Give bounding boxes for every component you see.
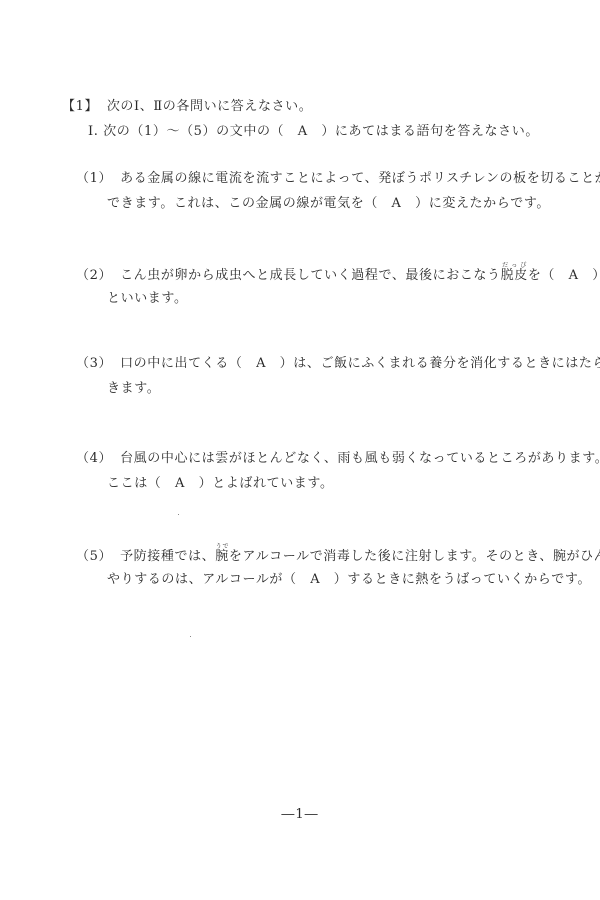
section-instruction: 次のⅠ、Ⅱの各問いに答えなさい。 [107, 99, 313, 114]
ruby-base: 腕 [215, 549, 229, 564]
ruby-reading: だっぴ [501, 262, 528, 269]
question-text: 予防接種では、 [120, 549, 215, 564]
part-instruction: Ⅰ. 次の（1）～（5）の文中の（ A ）にあてはまる語句を答えなさい。 [88, 120, 539, 139]
question-2-line-2: といいます。 [107, 287, 188, 306]
ruby-base: 脱皮 [501, 268, 528, 283]
question-2-line-1: （2）こん虫が卵から成虫へと成長していく過程で、最後におこなう脱皮だっぴを（ A… [76, 262, 600, 283]
ruby-term: 脱皮だっぴ [501, 268, 528, 283]
ruby-term: 腕うで [215, 549, 229, 564]
question-text-after: をアルコールで消毒した後に注射します。そのとき、腕がひん [229, 549, 600, 564]
question-5-line-1: （5）予防接種では、腕うでをアルコールで消毒した後に注射します。そのとき、腕がひ… [76, 543, 600, 564]
question-1-line-1: （1）ある金属の線に電流を流すことによって、発ぼうポリスチレンの板を切ることが [76, 167, 600, 186]
question-number: （1） [76, 167, 112, 186]
question-4-line-1: （4）台風の中心には雲がほとんどなく、雨も風も弱くなっているところがあります。 [76, 447, 600, 466]
question-1-line-2: できます。これは、この金属の線が電気を（ A ）に変えたからです。 [107, 192, 550, 211]
question-4-line-2: ここは（ A ）とよばれています。 [107, 472, 334, 491]
question-number: （5） [76, 545, 112, 564]
scan-speck [190, 636, 191, 637]
question-number: （2） [76, 264, 112, 283]
question-text: 台風の中心には雲がほとんどなく、雨も風も弱くなっているところがあります。 [120, 451, 600, 466]
question-3-line-1: （3）口の中に出てくる（ A ）は、ご飯にふくまれる養分を消化するときにはたら [76, 352, 600, 371]
question-number: （4） [76, 447, 112, 466]
question-5-line-2: やりするのは、アルコールが（ A ）するときに熱をうばっていくからです。 [107, 568, 591, 587]
question-text: ある金属の線に電流を流すことによって、発ぼうポリスチレンの板を切ることが [120, 171, 600, 186]
question-text: 口の中に出てくる（ A ）は、ご飯にふくまれる養分を消化するときにはたら [120, 356, 600, 371]
page-number: ―1― [0, 807, 600, 822]
section-heading: 【1】 次のⅠ、Ⅱの各問いに答えなさい。 [62, 95, 312, 114]
question-number: （3） [76, 352, 112, 371]
question-text: こん虫が卵から成虫へと成長していく過程で、最後におこなう [120, 268, 501, 283]
question-text-after: を（ A ） [528, 268, 600, 283]
section-label: 【1】 [62, 99, 98, 114]
question-3-line-2: きます。 [107, 377, 160, 396]
ruby-reading: うで [215, 543, 229, 550]
scan-speck [178, 514, 179, 515]
